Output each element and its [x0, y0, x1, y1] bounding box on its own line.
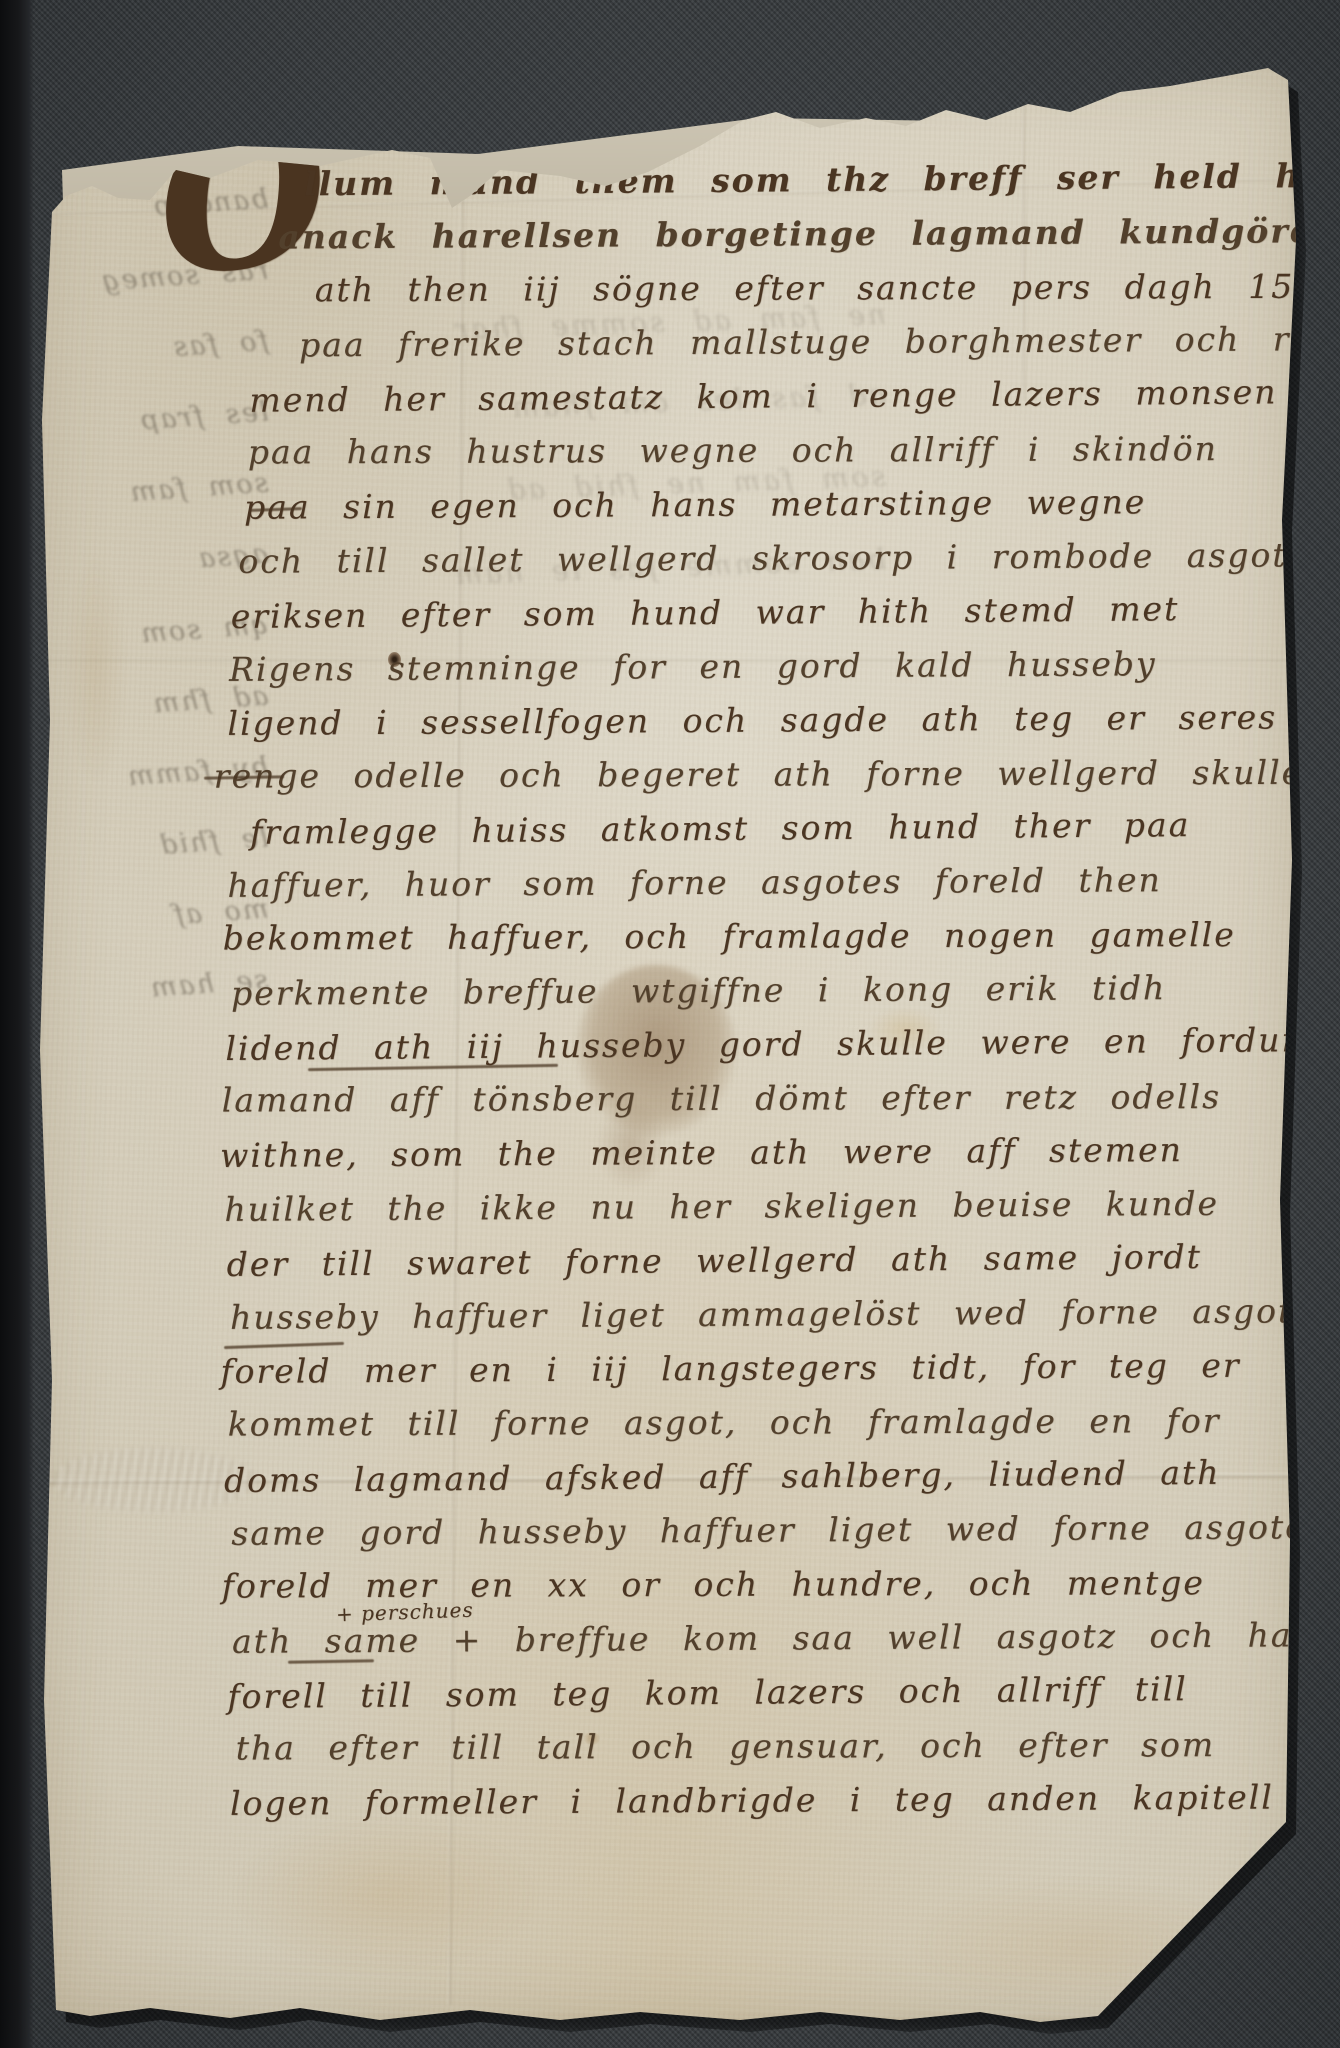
manuscript-line: paa hans hustrus wegne och allriff i ski…: [210, 429, 1280, 487]
manuscript-line: lamand aff tönsberg till dömt efter retz…: [214, 1077, 1284, 1135]
manuscript-line: lidend ath iij husseby gord skulle were …: [213, 1020, 1283, 1083]
paper-stain-bottom-left: [236, 1820, 536, 1970]
manuscript-line: Rigens stemninge for en gord kald husseb…: [211, 643, 1281, 704]
manuscript-line: same gord husseby haffuer liget wed forn…: [216, 1507, 1286, 1568]
manuscript-line: withne, som the meinte ath were aff stem…: [214, 1129, 1284, 1190]
manuscript-text-block: llum mand them som thz breff ser held hö…: [208, 157, 1288, 1838]
manuscript-line: kommet till forne asgot, och framlagde e…: [216, 1401, 1286, 1459]
archive-photo: som fherband pras somegfo fasles frapsom…: [0, 0, 1340, 2048]
manuscript-line: renge odelle och begeret ath forne wellg…: [212, 753, 1282, 811]
manuscript-line: framlegge huiss atkomst som hund ther pa…: [212, 804, 1282, 867]
paper-stain-bottom-right: [916, 1880, 1246, 2010]
manuscript-line: bekommet haffuer, och framlagde nogen ga…: [213, 915, 1283, 973]
manuscript-line: eriksen efter som hund war hith stemd me…: [211, 588, 1281, 651]
manuscript-line: ath then iij sögne efter sancte pers dag…: [209, 267, 1279, 325]
manuscript-line: perkmente breffue wtgiffne i kong erik t…: [213, 967, 1283, 1028]
manuscript-line: paa sin egen och hans metarstinge wegne: [210, 481, 1280, 542]
manuscript-line: der till swaret forne wellgerd ath same …: [215, 1236, 1285, 1299]
manuscript-line: forell till som teg kom lazers och allri…: [217, 1668, 1287, 1731]
manuscript-line: och till sallet wellgerd skrosorp i romb…: [210, 535, 1280, 596]
binding-gutter: [0, 0, 34, 2048]
manuscript-line: anack harellsen borgetinge lagmand kundg…: [208, 211, 1278, 272]
paper-stain-left-edge: [66, 560, 126, 780]
manuscript-line: ligend i sessellfogen och sagde ath teg …: [211, 697, 1281, 758]
manuscript-line: mend her samestatz kom i renge lazers mo…: [209, 372, 1279, 435]
interline-insertion: + perschues: [336, 1598, 474, 1627]
manuscript-line: husseby haffuer liget ammagelöst wed for…: [215, 1291, 1285, 1352]
manuscript-line: logen formeller i landbrigde i teg anden…: [218, 1777, 1288, 1838]
manuscript-line: doms lagmand afsked aff sahlberg, liuden…: [216, 1452, 1286, 1515]
manuscript-page: som fherband pras somegfo fasles frapsom…: [36, 60, 1298, 2022]
manuscript-line: llum mand them som thz breff ser held hö…: [208, 156, 1278, 219]
manuscript-line: foreld mer en i iij langstegers tidt, fo…: [215, 1345, 1285, 1406]
manuscript-line: huilket the ikke nu her skeligen beuise …: [214, 1183, 1284, 1244]
manuscript-line: tha efter till tall och gensuar, och eft…: [218, 1725, 1288, 1783]
manuscript-line: haffuer, huor som forne asgotes foreld t…: [212, 859, 1282, 920]
manuscript-line: paa frerike stach mallstuge borghmester …: [209, 319, 1279, 380]
